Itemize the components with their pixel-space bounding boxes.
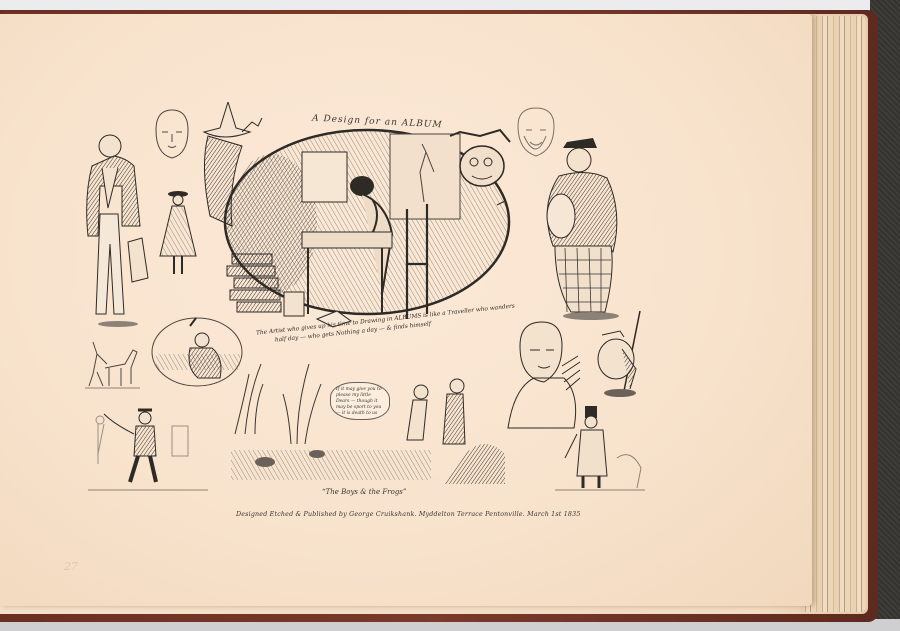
- speech-bubble: If it may give you to please my little D…: [330, 382, 390, 420]
- witch-figure-etching: [198, 102, 268, 232]
- cloaked-child-etching: [156, 188, 200, 278]
- page-number: 27: [64, 560, 78, 573]
- man-in-greatcoat-etching: [555, 404, 645, 499]
- plate-imprint: Designed Etched & Published by George Cr…: [236, 511, 581, 518]
- soldier-caricature-etching: [592, 309, 652, 404]
- vignette-caption: “The Boys & the Frogs”: [322, 488, 406, 496]
- donkey-rider-etching: [85, 338, 140, 393]
- boys-and-frogs-etching: [225, 354, 515, 489]
- walking-man-etching: [88, 404, 208, 499]
- stout-man-etching: [535, 136, 645, 326]
- gentleman-standing-etching: [78, 124, 158, 334]
- grotesque-face-etching: [440, 126, 520, 206]
- album-page: A Design for an ALBUM The Artist who giv…: [0, 14, 812, 606]
